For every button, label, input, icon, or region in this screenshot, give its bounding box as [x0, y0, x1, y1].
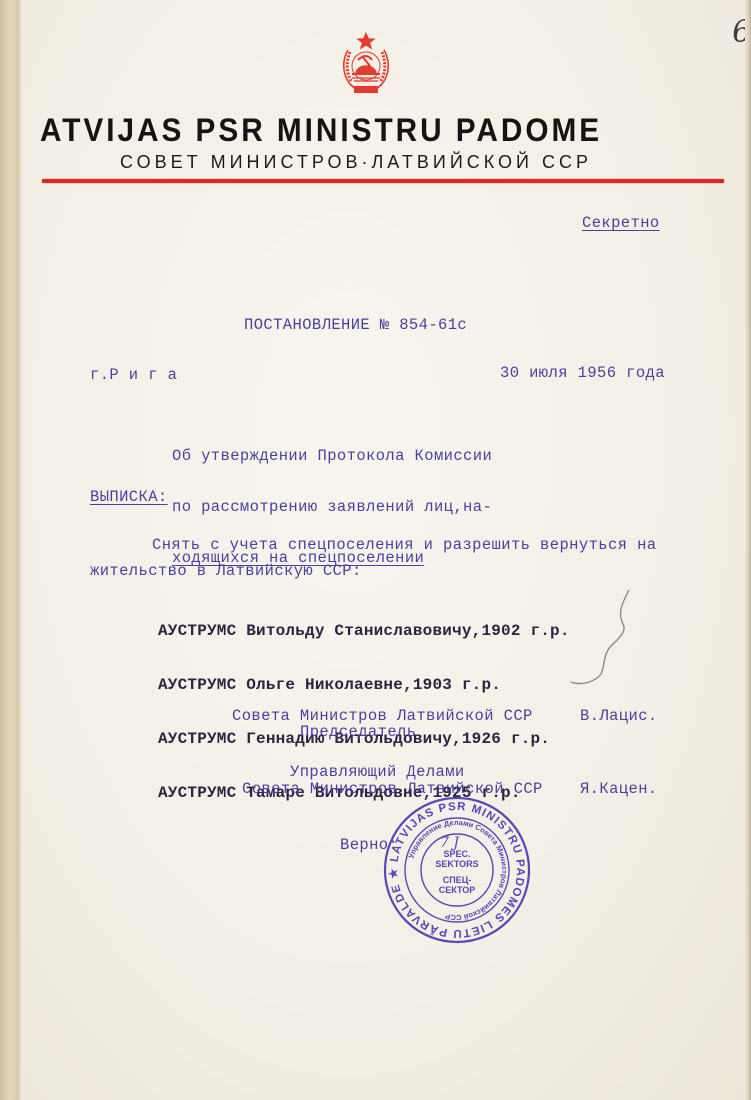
decree-heading: ПОСТАНОВЛЕНИЕ № 854-61с [244, 316, 467, 334]
letterhead-title-latvian: ATVIJAS PSR MINISTRU PADOME [40, 112, 691, 149]
signatory-1-title-line2: Совета Министров Латвийской ССР [232, 707, 533, 725]
page-right-edge [745, 0, 751, 1100]
svg-text:СЕКТОР: СЕКТОР [439, 885, 476, 895]
svg-text:SEKTORS: SEKTORS [435, 859, 478, 869]
date: 30 июля 1956 года [500, 364, 665, 382]
svg-text:7 J: 7 J [440, 835, 460, 851]
subject-line: Об утверждении Протокола Комиссии [172, 448, 494, 465]
official-stamp-icon: LATVIJAS PSR MINISTRU PADOMES LIETU PĀRV… [382, 795, 532, 945]
subject-line: по рассмотрению заявлений лиц,на- [172, 499, 494, 516]
signatory-1-name: В.Лацис. [580, 707, 658, 725]
signatory-2-name: Я.Кацен. [580, 780, 658, 798]
body-line: Снять с учета спецпоселения и разрешить … [152, 536, 656, 554]
classification-mark: Секретно [582, 214, 660, 232]
handwritten-mark-icon [567, 582, 667, 692]
letterhead-red-rule [42, 179, 724, 183]
latvian-ssr-coat-of-arms-icon [338, 30, 394, 100]
extract-label: ВЫПИСКА: [90, 488, 168, 506]
letterhead-title-russian: СОВЕТ МИНИСТРОВ·ЛАТВИЙСКОЙ ССР [120, 152, 592, 173]
binding-edge [0, 0, 18, 1100]
signatory-1-title-line1: Председатель [300, 724, 416, 741]
svg-text:СПЕЦ-: СПЕЦ- [443, 875, 472, 885]
document-page: 68 ATVIJAS PSR MINISTRU PADOME СОВЕТ МИН… [22, 0, 745, 1100]
place: г.Р и г а [90, 366, 177, 384]
person-entry: АУСТРУМС Витольду Станиславовичу,1902 г.… [158, 622, 570, 640]
body-line: жительство в Латвийскую ССР: [90, 562, 362, 580]
signatory-2-title-line1: Управляющий Делами [290, 763, 465, 781]
